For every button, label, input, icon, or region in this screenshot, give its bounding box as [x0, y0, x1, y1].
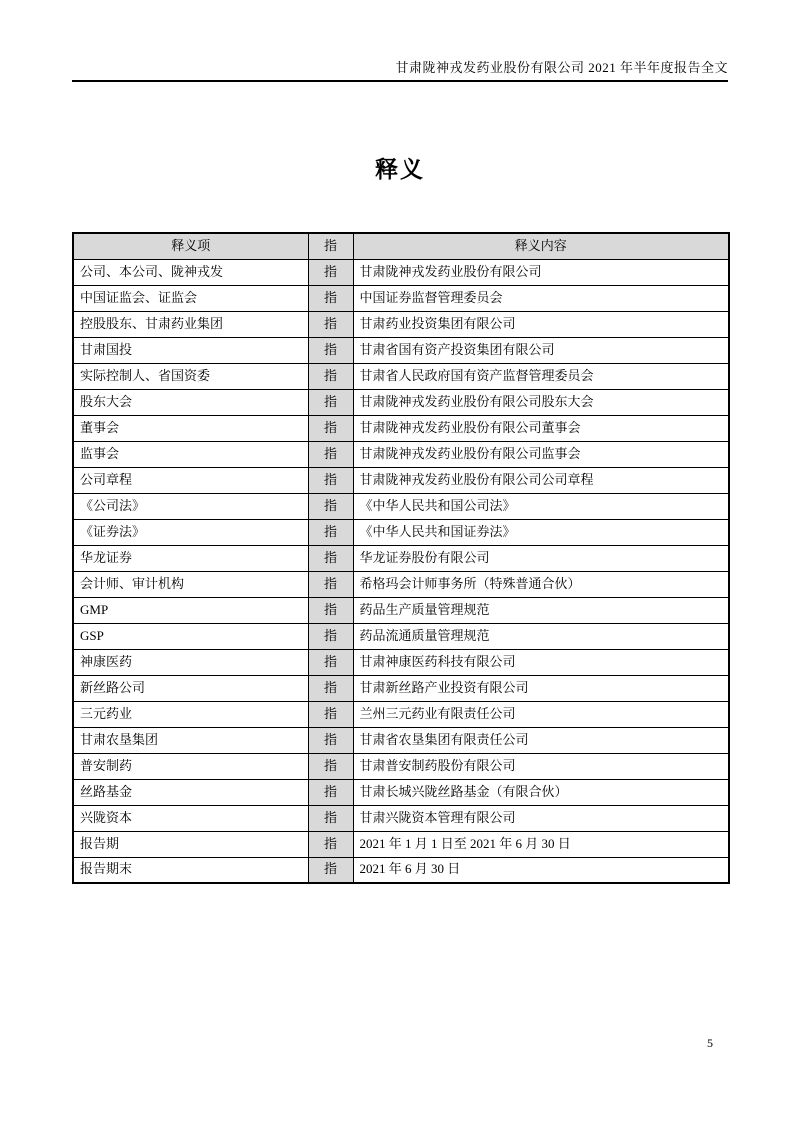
- table-row: 监事会 指 甘肃陇神戎发药业股份有限公司监事会: [73, 441, 729, 467]
- term-cell: 监事会: [73, 441, 308, 467]
- definition-cell: 甘肃神康医药科技有限公司: [353, 649, 729, 675]
- col-header-term: 释义项: [73, 233, 308, 259]
- report-header-text: 甘肃陇神戎发药业股份有限公司 2021 年半年度报告全文: [72, 0, 728, 82]
- term-cell: 报告期: [73, 831, 308, 857]
- term-cell: 报告期末: [73, 857, 308, 883]
- table-row: 甘肃国投 指 甘肃省国有资产投资集团有限公司: [73, 337, 729, 363]
- col-header-zhi: 指: [308, 233, 353, 259]
- col-header-content: 释义内容: [353, 233, 729, 259]
- term-cell: 神康医药: [73, 649, 308, 675]
- definition-cell: 甘肃省人民政府国有资产监督管理委员会: [353, 363, 729, 389]
- definition-cell: 甘肃省国有资产投资集团有限公司: [353, 337, 729, 363]
- definition-cell: 药品生产质量管理规范: [353, 597, 729, 623]
- table-row: 公司章程 指 甘肃陇神戎发药业股份有限公司公司章程: [73, 467, 729, 493]
- table-row: 控股股东、甘肃药业集团 指 甘肃药业投资集团有限公司: [73, 311, 729, 337]
- zhi-cell: 指: [308, 493, 353, 519]
- table-row: 新丝路公司 指 甘肃新丝路产业投资有限公司: [73, 675, 729, 701]
- zhi-cell: 指: [308, 441, 353, 467]
- term-cell: 控股股东、甘肃药业集团: [73, 311, 308, 337]
- table-row: 丝路基金 指 甘肃长城兴陇丝路基金（有限合伙）: [73, 779, 729, 805]
- zhi-cell: 指: [308, 285, 353, 311]
- term-cell: 新丝路公司: [73, 675, 308, 701]
- term-cell: 普安制药: [73, 753, 308, 779]
- definition-cell: 兰州三元药业有限责任公司: [353, 701, 729, 727]
- zhi-cell: 指: [308, 623, 353, 649]
- term-cell: 实际控制人、省国资委: [73, 363, 308, 389]
- content-area: 甘肃陇神戎发药业股份有限公司 2021 年半年度报告全文 释义 释义项 指 释义…: [72, 0, 728, 884]
- term-cell: 中国证监会、证监会: [73, 285, 308, 311]
- zhi-cell: 指: [308, 259, 353, 285]
- table-row: 实际控制人、省国资委 指 甘肃省人民政府国有资产监督管理委员会: [73, 363, 729, 389]
- definition-cell: 希格玛会计师事务所（特殊普通合伙）: [353, 571, 729, 597]
- term-cell: 三元药业: [73, 701, 308, 727]
- zhi-cell: 指: [308, 467, 353, 493]
- zhi-cell: 指: [308, 857, 353, 883]
- zhi-cell: 指: [308, 701, 353, 727]
- zhi-cell: 指: [308, 675, 353, 701]
- definition-cell: 甘肃陇神戎发药业股份有限公司股东大会: [353, 389, 729, 415]
- term-cell: GSP: [73, 623, 308, 649]
- zhi-cell: 指: [308, 311, 353, 337]
- table-header-row: 释义项 指 释义内容: [73, 233, 729, 259]
- definition-cell: 2021 年 6 月 30 日: [353, 857, 729, 883]
- table-row: 公司、本公司、陇神戎发 指 甘肃陇神戎发药业股份有限公司: [73, 259, 729, 285]
- zhi-cell: 指: [308, 649, 353, 675]
- definition-cell: 甘肃陇神戎发药业股份有限公司监事会: [353, 441, 729, 467]
- definition-cell: 药品流通质量管理规范: [353, 623, 729, 649]
- zhi-cell: 指: [308, 779, 353, 805]
- zhi-cell: 指: [308, 389, 353, 415]
- definition-cell: 甘肃陇神戎发药业股份有限公司董事会: [353, 415, 729, 441]
- definition-cell: 《中华人民共和国证券法》: [353, 519, 729, 545]
- zhi-cell: 指: [308, 415, 353, 441]
- term-cell: 华龙证券: [73, 545, 308, 571]
- table-row: 兴陇资本 指 甘肃兴陇资本管理有限公司: [73, 805, 729, 831]
- term-cell: 《公司法》: [73, 493, 308, 519]
- term-cell: 甘肃农垦集团: [73, 727, 308, 753]
- term-cell: GMP: [73, 597, 308, 623]
- page-title: 释义: [72, 151, 728, 184]
- table-row: 神康医药 指 甘肃神康医药科技有限公司: [73, 649, 729, 675]
- zhi-cell: 指: [308, 519, 353, 545]
- definition-cell: 甘肃陇神戎发药业股份有限公司公司章程: [353, 467, 729, 493]
- definition-cell: 甘肃新丝路产业投资有限公司: [353, 675, 729, 701]
- zhi-cell: 指: [308, 753, 353, 779]
- definition-cell: 甘肃兴陇资本管理有限公司: [353, 805, 729, 831]
- table-row: 普安制药 指 甘肃普安制药股份有限公司: [73, 753, 729, 779]
- table-row: 股东大会 指 甘肃陇神戎发药业股份有限公司股东大会: [73, 389, 729, 415]
- page-number: 5: [707, 1036, 713, 1051]
- term-cell: 甘肃国投: [73, 337, 308, 363]
- term-cell: 丝路基金: [73, 779, 308, 805]
- table-row: 报告期末 指 2021 年 6 月 30 日: [73, 857, 729, 883]
- table-row: 中国证监会、证监会 指 中国证券监督管理委员会: [73, 285, 729, 311]
- term-cell: 兴陇资本: [73, 805, 308, 831]
- definitions-table: 释义项 指 释义内容 公司、本公司、陇神戎发 指 甘肃陇神戎发药业股份有限公司 …: [72, 232, 730, 884]
- zhi-cell: 指: [308, 597, 353, 623]
- term-cell: 公司章程: [73, 467, 308, 493]
- table-row: 三元药业 指 兰州三元药业有限责任公司: [73, 701, 729, 727]
- term-cell: 股东大会: [73, 389, 308, 415]
- zhi-cell: 指: [308, 545, 353, 571]
- term-cell: 董事会: [73, 415, 308, 441]
- table-row: 会计师、审计机构 指 希格玛会计师事务所（特殊普通合伙）: [73, 571, 729, 597]
- report-page: 甘肃陇神戎发药业股份有限公司 2021 年半年度报告全文 释义 释义项 指 释义…: [0, 0, 793, 1122]
- definition-cell: 《中华人民共和国公司法》: [353, 493, 729, 519]
- table-row: 甘肃农垦集团 指 甘肃省农垦集团有限责任公司: [73, 727, 729, 753]
- zhi-cell: 指: [308, 571, 353, 597]
- definition-cell: 华龙证券股份有限公司: [353, 545, 729, 571]
- zhi-cell: 指: [308, 727, 353, 753]
- table-row: 《公司法》 指 《中华人民共和国公司法》: [73, 493, 729, 519]
- zhi-cell: 指: [308, 337, 353, 363]
- table-row: 《证券法》 指 《中华人民共和国证券法》: [73, 519, 729, 545]
- table-row: 董事会 指 甘肃陇神戎发药业股份有限公司董事会: [73, 415, 729, 441]
- definition-cell: 甘肃省农垦集团有限责任公司: [353, 727, 729, 753]
- table-row: GMP 指 药品生产质量管理规范: [73, 597, 729, 623]
- definition-cell: 甘肃药业投资集团有限公司: [353, 311, 729, 337]
- zhi-cell: 指: [308, 363, 353, 389]
- definition-cell: 甘肃长城兴陇丝路基金（有限合伙）: [353, 779, 729, 805]
- term-cell: 《证券法》: [73, 519, 308, 545]
- definition-cell: 2021 年 1 月 1 日至 2021 年 6 月 30 日: [353, 831, 729, 857]
- term-cell: 公司、本公司、陇神戎发: [73, 259, 308, 285]
- zhi-cell: 指: [308, 831, 353, 857]
- definition-cell: 甘肃普安制药股份有限公司: [353, 753, 729, 779]
- table-row: 华龙证券 指 华龙证券股份有限公司: [73, 545, 729, 571]
- definition-cell: 甘肃陇神戎发药业股份有限公司: [353, 259, 729, 285]
- table-row: GSP 指 药品流通质量管理规范: [73, 623, 729, 649]
- zhi-cell: 指: [308, 805, 353, 831]
- definition-cell: 中国证券监督管理委员会: [353, 285, 729, 311]
- term-cell: 会计师、审计机构: [73, 571, 308, 597]
- table-row: 报告期 指 2021 年 1 月 1 日至 2021 年 6 月 30 日: [73, 831, 729, 857]
